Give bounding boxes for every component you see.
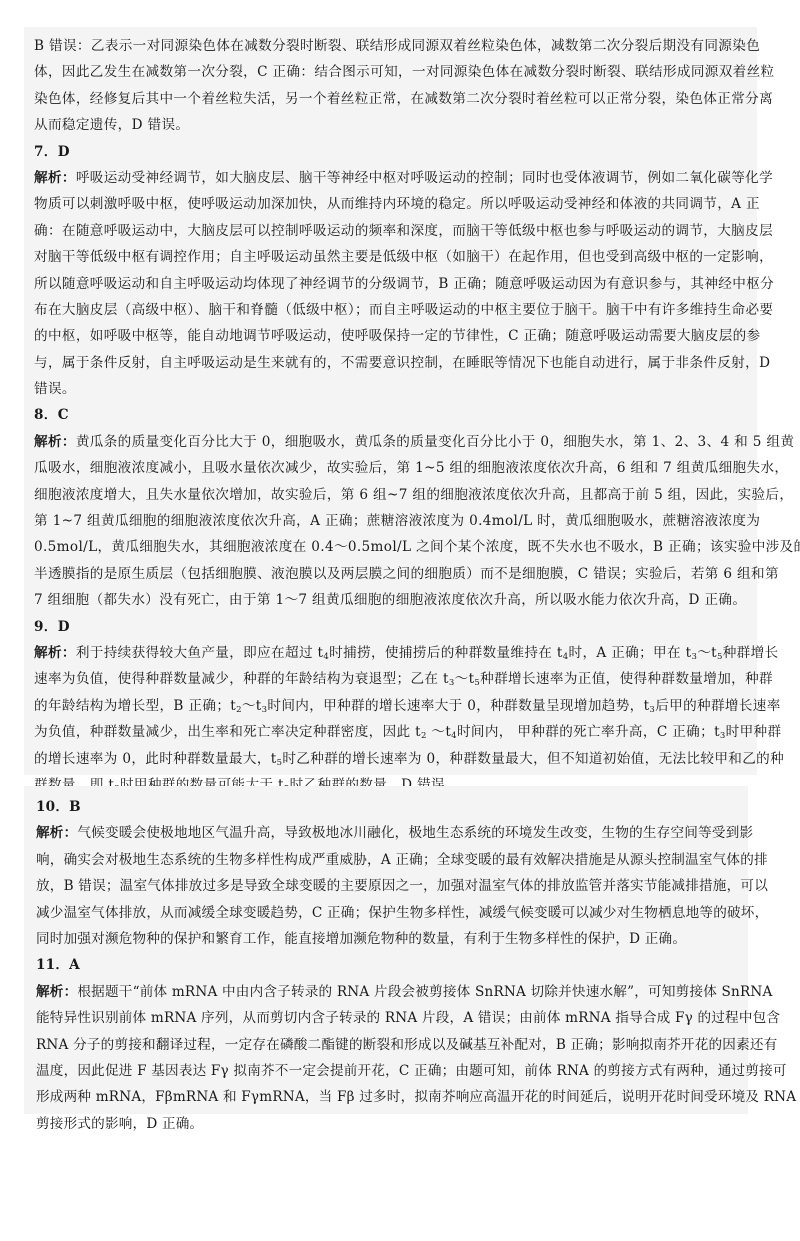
text: ～t xyxy=(242,698,262,714)
text: 的增长速率为 0，此时种群数量最大，t xyxy=(34,751,277,767)
question-9-analysis-line: 速率为负值，使得种群数量减少，种群的年龄结构为衰退型；乙在 t3～t5种群增长速… xyxy=(34,666,747,692)
text: 种群增长 xyxy=(723,645,779,661)
text-line: 放，B 错误；温室气体排放过多是导致全球变暖的主要原因之一，加强对温室气体的排放… xyxy=(36,873,738,899)
text: ～t xyxy=(455,671,475,687)
text: 速率为负值，使得种群数量减少，种群的年龄结构为衰退型；乙在 t xyxy=(34,671,449,687)
text: 时，A 正确；甲在 t xyxy=(569,645,692,661)
text: 利于持续获得较大鱼产量，即应在超过 t xyxy=(76,645,324,661)
text-line: 染色体，经修复后其中一个着丝粒失活，另一个着丝粒正常，在减数第二次分裂时着丝粒可… xyxy=(34,86,747,112)
text-line: 体，因此乙发生在减数第一次分裂，C 正确：结合图示可知，一对同源染色体在减数分裂… xyxy=(34,59,747,85)
text-line: 的中枢，如呼吸中枢等，能自动地调节呼吸运动，使呼吸保持一定的节律性，C 正确；随… xyxy=(34,323,747,349)
question-9-analysis-line: 解析：利于持续获得较大鱼产量，即应在超过 t4时捕捞，使捕捞后的种群数量维持在 … xyxy=(34,640,747,666)
text-line: B 错误：乙表示一对同源染色体在减数分裂时断裂、联结形成同源双着丝粒染色体，减数… xyxy=(34,33,747,59)
text: 时间内，甲种群的增长速率大于 0，种群数量呈现增加趋势，t xyxy=(267,698,649,714)
text-line: 温度，因此促进 F 基因表达 Fγ 拟南芥不一定会提前开花，C 正确；由题可知，… xyxy=(36,1058,738,1084)
question-7-header: 7．D xyxy=(34,139,747,165)
text-line: 从而稳定遗传，D 错误。 xyxy=(34,112,747,138)
text-line: 细胞液浓度增大，且失水量依次增加，故实验后，第 6 组~7 组的细胞液浓度依次升… xyxy=(34,482,747,508)
question-10-analysis-first-line: 解析：气候变暖会使极地地区气温升高，导致极地冰川融化，极地生态系统的环境发生改变… xyxy=(36,820,738,846)
text: 呼吸运动受神经调节，如大脑皮层、脑干等神经中枢对呼吸运动的控制；同时也受体液调节… xyxy=(76,170,773,186)
text-line: 与，属于条件反射，自主呼吸运动是生来就有的，不需要意识控制，在睡眠等情况下也能自… xyxy=(34,350,747,376)
text-line: 同时加强对濒危物种的保护和繁育工作，能直接增加濒危物种的数量，有利于生物多样性的… xyxy=(36,926,738,952)
text: 时甲种群 xyxy=(726,724,782,740)
text-line: 7 组细胞（都失水）没有死亡，由于第 1～7 组黄瓜细胞的细胞液浓度依次升高，所… xyxy=(34,587,747,613)
text: 时乙种群的增长速率为 0，种群数量最大，但不知道初始值，无法比较甲和乙的种 xyxy=(282,751,784,767)
question-9-analysis-line: 的增长速率为 0，此时种群数量最大，t5时乙种群的增长速率为 0，种群数量最大，… xyxy=(34,746,747,772)
text-line: 确：在随意呼吸运动中，大脑皮层可以控制呼吸运动的频率和深度，而脑干等低级中枢也参… xyxy=(34,218,747,244)
analysis-label: 解析： xyxy=(34,434,76,450)
text: 时间内， 甲种群的死亡率升高，C 正确；t xyxy=(457,724,720,740)
question-9-analysis-line: 为负值，种群数量减少，出生率和死亡率决定种群密度，因此 t2 ～t4时间内， 甲… xyxy=(34,719,747,745)
analysis-label: 解析： xyxy=(34,170,76,186)
text-line: 半透膜指的是原生质层（包括细胞膜、液泡膜以及两层膜之间的细胞质）而不是细胞膜，C… xyxy=(34,561,747,587)
question-10-header: 10．B xyxy=(36,794,738,820)
text-line: 第 1~7 组黄瓜细胞的细胞液浓度依次升高，A 正确；蔗糖溶液浓度为 0.4mo… xyxy=(34,508,747,534)
text: ～t xyxy=(697,645,717,661)
analysis-label: 解析： xyxy=(36,825,77,841)
text: 种群增长速率为正值，使得种群数量增加，种群 xyxy=(480,671,773,687)
question-11-header: 11．A xyxy=(36,952,738,978)
question-9-analysis-line: 的年龄结构为增长型，B 正确；t2～t3时间内，甲种群的增长速率大于 0，种群数… xyxy=(34,693,747,719)
text-line: 对脑干等低级中枢有调控作用；自主呼吸运动虽然主要是低级中枢（如脑干）在起作用，但… xyxy=(34,244,747,270)
text: 根据题干“前体 mRNA 中由内含子转录的 RNA 片段会被剪接体 SnRNA … xyxy=(77,984,772,1000)
text-line: 瓜吸水，细胞液浓度减小，且吸水量依次减少，故实验后，第 1~5 组的细胞液浓度依… xyxy=(34,455,747,481)
text-line: 错误。 xyxy=(34,376,747,402)
text-line: 形成两种 mRNA，FβmRNA 和 FγmRNA，当 Fβ 过多时，拟南芥响应… xyxy=(36,1084,738,1110)
text-line: 响，确实会对极地生态系统的生物多样性构成严重威胁，A 正确；全球变暖的最有效解决… xyxy=(36,847,738,873)
answer-panel-2: 10．B 解析：气候变暖会使极地地区气温升高，导致极地冰川融化，极地生态系统的环… xyxy=(24,786,748,1114)
question-7-analysis-first-line: 解析：呼吸运动受神经调节，如大脑皮层、脑干等神经中枢对呼吸运动的控制；同时也受体… xyxy=(34,165,747,191)
question-8-analysis-first-line: 解析：黄瓜条的质量变化百分比大于 0，细胞吸水，黄瓜条的质量变化百分比小于 0，… xyxy=(34,429,747,455)
question-9-header: 9．D xyxy=(34,614,747,640)
answer-panel-1: B 错误：乙表示一对同源染色体在减数分裂时断裂、联结形成同源双着丝粒染色体，减数… xyxy=(24,27,757,775)
text: 黄瓜条的质量变化百分比大于 0，细胞吸水，黄瓜条的质量变化百分比小于 0，细胞失… xyxy=(76,434,794,450)
text-line: 剪接形式的影响，D 正确。 xyxy=(36,1111,738,1137)
question-11-analysis-first-line: 解析：根据题干“前体 mRNA 中由内含子转录的 RNA 片段会被剪接体 SnR… xyxy=(36,979,738,1005)
analysis-label: 解析： xyxy=(34,645,76,661)
text-line: 0.5mol/L，黄瓜细胞失水，其细胞液浓度在 0.4～0.5mol/L 之间个… xyxy=(34,534,747,560)
text-line: 能特异性识别前体 mRNA 序列，从而剪切内含子转录的 RNA 片段，A 错误；… xyxy=(36,1005,738,1031)
text: 时捕捞，使捕捞后的种群数量维持在 t xyxy=(329,645,563,661)
text: ～t xyxy=(427,724,451,740)
text: 后甲的种群增长速率 xyxy=(655,698,781,714)
text-line: 布在大脑皮层（高级中枢）、脑干和脊髓（低级中枢）；而自主呼吸运动的中枢主要位于脑… xyxy=(34,297,747,323)
text-line: 物质可以刺激呼吸中枢，使呼吸运动加深加快，从而维持内环境的稳定。所以呼吸运动受神… xyxy=(34,191,747,217)
text: 的年龄结构为增长型，B 正确；t xyxy=(34,698,236,714)
text: 气候变暖会使极地地区气温升高，导致极地冰川融化，极地生态系统的环境发生改变，生物… xyxy=(77,825,753,841)
text-line: 减少温室气体排放，从而减缓全球变暖趋势，C 正确；保护生物多样性，减缓气候变暖可… xyxy=(36,900,738,926)
analysis-label: 解析： xyxy=(36,984,77,1000)
question-8-header: 8．C xyxy=(34,402,747,428)
text-line: RNA 分子的剪接和翻译过程，一定存在磷酸二酯键的断裂和形成以及碱基互补配对，B… xyxy=(36,1032,738,1058)
text: 为负值，种群数量减少，出生率和死亡率决定种群密度，因此 t xyxy=(34,724,421,740)
text-line: 所以随意呼吸运动和自主呼吸运动均体现了神经调节的分级调节，B 正确；随意呼吸运动… xyxy=(34,271,747,297)
